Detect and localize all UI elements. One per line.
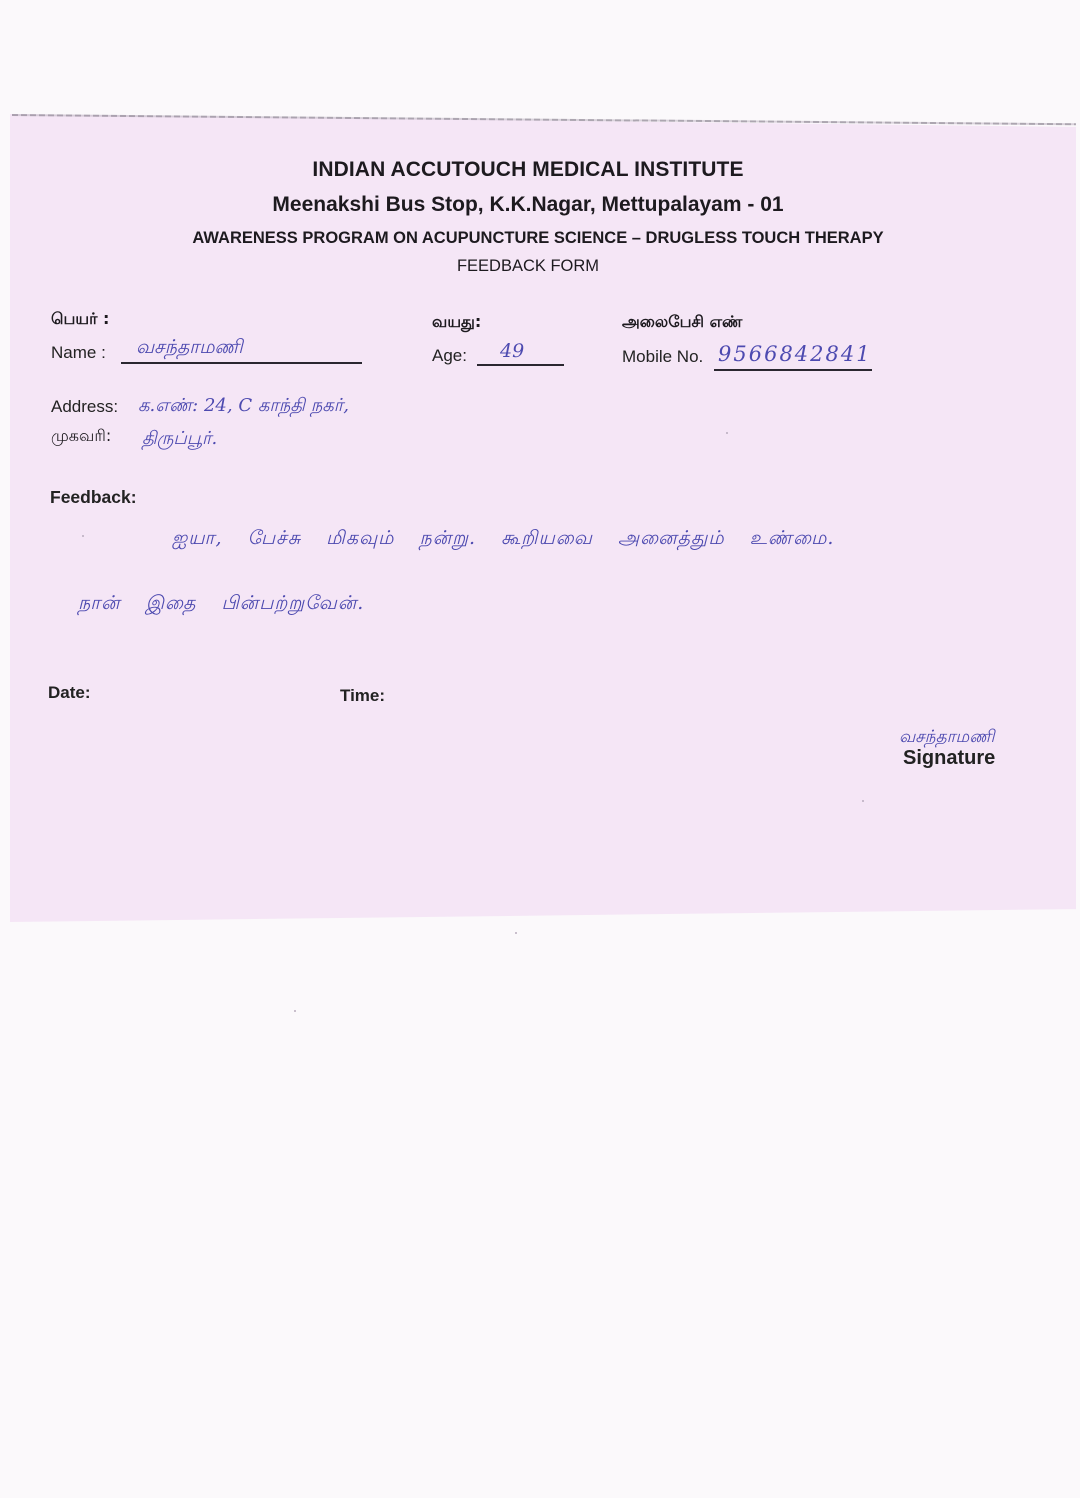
age-label-tamil: வயது: [432, 312, 481, 333]
address-label-tamil: முகவரி: [51, 426, 111, 447]
address-label: Address: [51, 397, 118, 417]
scan-speck [82, 535, 84, 537]
age-value[interactable]: 49 [500, 340, 524, 362]
age-label: Age: [432, 346, 467, 366]
scan-speck [515, 932, 517, 934]
name-label-tamil: பெயர் : [51, 309, 109, 330]
mobile-label: Mobile No. [622, 347, 703, 367]
scan-speck [294, 1010, 296, 1012]
name-value[interactable]: வசந்தாமணி [136, 336, 243, 361]
program-title: AWARENESS PROGRAM ON ACUPUNCTURE SCIENCE… [10, 229, 1066, 248]
mobile-label-tamil: அலைபேசி எண் [622, 312, 742, 333]
address-line-1[interactable]: க.எண்: 24, C காந்தி நகர், [138, 395, 349, 418]
signature-value[interactable]: வசந்தாமணி [899, 727, 995, 749]
institute-name: INDIAN ACCUTOUCH MEDICAL INSTITUTE [0, 158, 1056, 182]
feedback-line-2[interactable]: நான் இதை பின்பற்றுவேன். [78, 592, 364, 617]
age-underline [477, 364, 564, 366]
time-label: Time: [340, 686, 385, 706]
form-title: FEEDBACK FORM [0, 257, 1056, 276]
name-underline [121, 362, 362, 364]
mobile-value[interactable]: 9566842841 [718, 342, 872, 366]
institute-address: Meenakshi Bus Stop, K.K.Nagar, Mettupala… [0, 193, 1056, 217]
feedback-line-1[interactable]: ஐயா, பேச்சு மிகவும் நன்று. கூறியவை அனைத்… [172, 527, 834, 552]
date-label: Date: [48, 683, 91, 703]
scan-speck [862, 800, 864, 802]
mobile-underline [714, 369, 872, 371]
signature-label: Signature [903, 747, 995, 770]
feedback-label: Feedback: [50, 487, 137, 508]
scan-speck [726, 432, 728, 434]
name-label: Name : [51, 343, 106, 363]
address-line-2[interactable]: திருப்பூர். [142, 428, 217, 451]
